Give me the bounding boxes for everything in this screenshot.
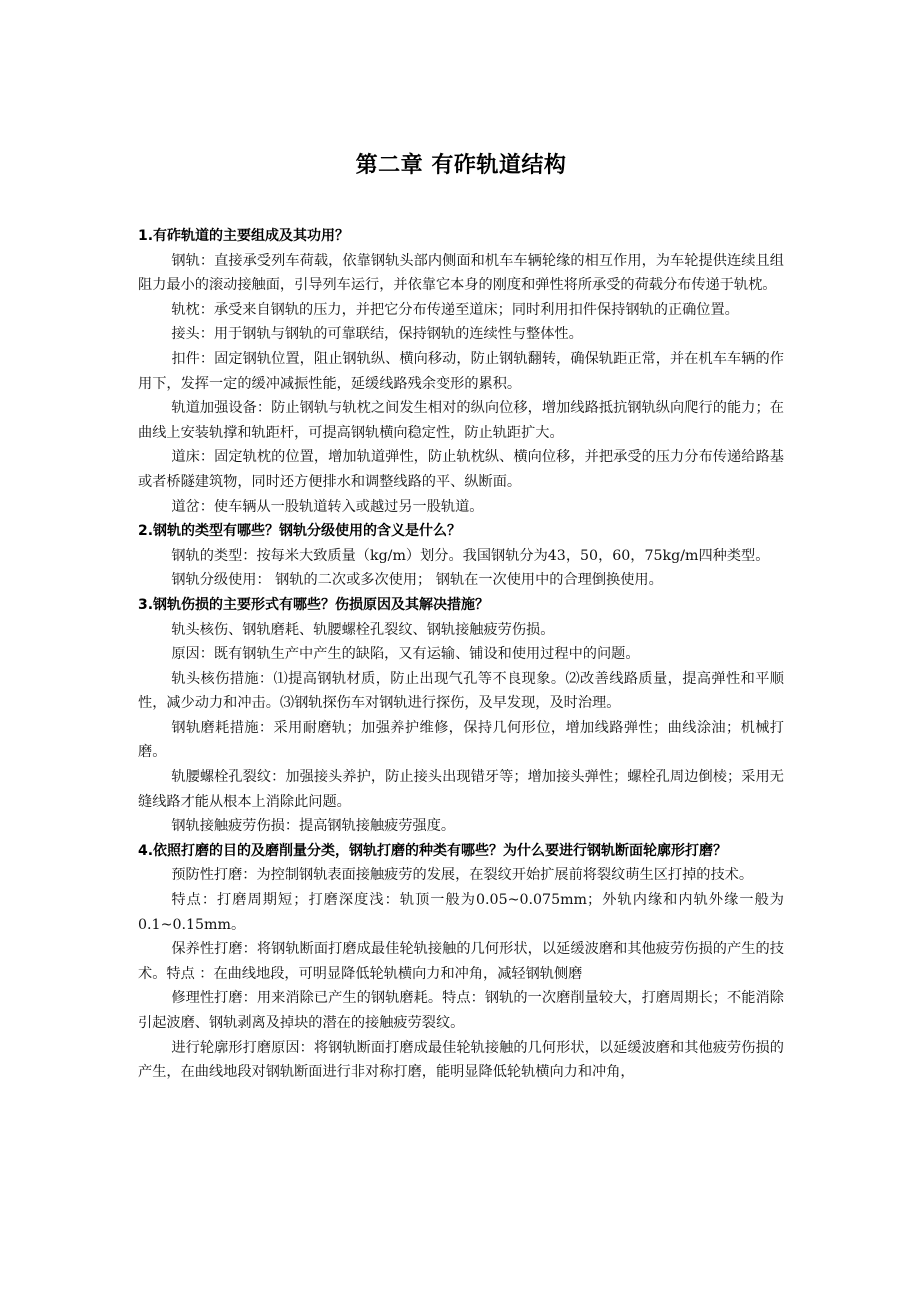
paragraph: 道床：固定轨枕的位置，增加轨道弹性，防止轨枕纵、横向位移，并把承受的压力分布传递…: [138, 445, 784, 494]
section-1: 1.有砟轨道的主要组成及其功用？ 钢轨：直接承受列车荷载，依靠钢轨头部内侧面和机…: [138, 224, 784, 519]
chapter-title: 第二章 有砟轨道结构: [138, 148, 784, 179]
paragraph: 扣件：固定钢轨位置，阻止钢轨纵、横向移动，防止钢轨翻转，确保轨距正常，并在机车车…: [138, 347, 784, 396]
paragraph: 钢轨磨耗措施：采用耐磨轨；加强养护维修，保持几何形位，增加线路弹性；曲线涂油；机…: [138, 716, 784, 765]
paragraph: 保养性打磨：将钢轨断面打磨成最佳轮轨接触的几何形状，以延缓波磨和其他疲劳伤损的产…: [138, 937, 784, 986]
section-4: 4.依照打磨的目的及磨削量分类，钢轨打磨的种类有哪些？为什么要进行钢轨断面轮廓形…: [138, 839, 784, 1085]
question-heading: 4.依照打磨的目的及磨削量分类，钢轨打磨的种类有哪些？为什么要进行钢轨断面轮廓形…: [138, 839, 784, 864]
paragraph: 轨头核伤措施：⑴提高钢轨材质，防止出现气孔等不良现象。⑵改善线路质量，提高弹性和…: [138, 667, 784, 716]
paragraph: 接头：用于钢轨与钢轨的可靠联结，保持钢轨的连续性与整体性。: [138, 322, 784, 347]
paragraph: 道岔：使车辆从一股轨道转入或越过另一股轨道。: [138, 495, 784, 520]
paragraph: 修理性打磨：用来消除已产生的钢轨磨耗。特点：钢轨的一次磨削量较大，打磨周期长；不…: [138, 986, 784, 1035]
paragraph: 钢轨的类型：按每米大致质量（kg/m）划分。我国钢轨分为43，50，60，75k…: [138, 544, 784, 569]
paragraph: 进行轮廓形打磨原因：将钢轨断面打磨成最佳轮轨接触的几何形状，以延缓波磨和其他疲劳…: [138, 1036, 784, 1085]
paragraph: 钢轨：直接承受列车荷载，依靠钢轨头部内侧面和机车车辆轮缘的相互作用，为车轮提供连…: [138, 249, 784, 298]
document-body: 1.有砟轨道的主要组成及其功用？ 钢轨：直接承受列车荷载，依靠钢轨头部内侧面和机…: [138, 224, 784, 1085]
paragraph: 钢轨分级使用： 钢轨的二次或多次使用； 钢轨在一次使用中的合理倒换使用。: [138, 568, 784, 593]
paragraph: 原因：既有钢轨生产中产生的缺陷，又有运输、铺设和使用过程中的问题。: [138, 642, 784, 667]
paragraph: 钢轨接触疲劳伤损：提高钢轨接触疲劳强度。: [138, 814, 784, 839]
paragraph: 轨头核伤、钢轨磨耗、轨腰螺栓孔裂纹、钢轨接触疲劳伤损。: [138, 618, 784, 643]
paragraph: 特点：打磨周期短；打磨深度浅：轨顶一般为0.05~0.075mm；外轨内缘和内轨…: [138, 888, 784, 937]
section-2: 2.钢轨的类型有哪些？钢轨分级使用的含义是什么？ 钢轨的类型：按每米大致质量（k…: [138, 519, 784, 593]
question-heading: 3.钢轨伤损的主要形式有哪些？伤损原因及其解决措施？: [138, 593, 784, 618]
paragraph: 轨道加强设备：防止钢轨与轨枕之间发生相对的纵向位移，增加线路抵抗钢轨纵向爬行的能…: [138, 396, 784, 445]
question-heading: 1.有砟轨道的主要组成及其功用？: [138, 224, 784, 249]
question-heading: 2.钢轨的类型有哪些？钢轨分级使用的含义是什么？: [138, 519, 784, 544]
paragraph: 轨枕：承受来自钢轨的压力，并把它分布传递至道床；同时利用扣件保持钢轨的正确位置。: [138, 298, 784, 323]
section-3: 3.钢轨伤损的主要形式有哪些？伤损原因及其解决措施？ 轨头核伤、钢轨磨耗、轨腰螺…: [138, 593, 784, 839]
paragraph: 轨腰螺栓孔裂纹：加强接头养护，防止接头出现错牙等；增加接头弹性；螺栓孔周边倒棱；…: [138, 765, 784, 814]
paragraph: 预防性打磨：为控制钢轨表面接触疲劳的发展，在裂纹开始扩展前将裂纹萌生区打掉的技术…: [138, 863, 784, 888]
